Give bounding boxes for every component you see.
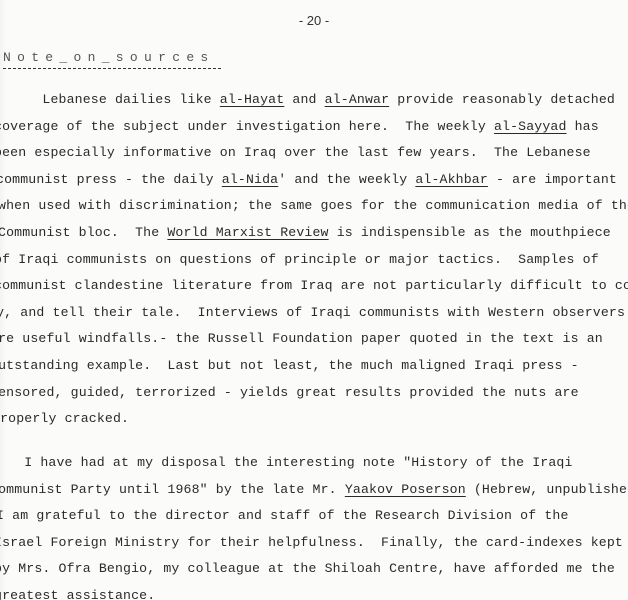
text-run: and — [284, 92, 324, 107]
underlined-title: al-Anwar — [325, 92, 390, 107]
underlined-title: World Marxist Review — [167, 225, 328, 240]
text-run: Israel Foreign Ministry for their helpfu… — [0, 535, 623, 550]
text-run: are useful windfalls.- the Russell Found… — [0, 331, 603, 346]
text-line: I am grateful to the director and staff … — [0, 508, 569, 523]
text-run: greatest assistance. — [0, 588, 155, 600]
text-run: when used with discrimination; the same … — [0, 198, 628, 213]
text-run: outstanding example. Last but not least,… — [0, 358, 579, 373]
text-run: I am grateful to the director and staff … — [0, 508, 569, 523]
text-run: communist clandestine literature from Ir… — [0, 278, 628, 293]
text-run: Communist bloc. The — [0, 225, 167, 240]
text-run: provide reasonably detached — [389, 92, 615, 107]
text-line: coverage of the subject under investigat… — [0, 119, 599, 134]
text-run: ' and the weekly — [278, 172, 415, 187]
text-line: been especially informative on Iraq over… — [0, 145, 591, 160]
text-run: coverage of the subject under investigat… — [0, 119, 494, 134]
page-number: - 20 - — [0, 13, 628, 28]
text-run: is indispensible as the mouthpiece — [329, 225, 611, 240]
text-run: of Iraqi communists on questions of prin… — [0, 252, 599, 267]
text-line: Lebanese dailies like al-Hayat and al-An… — [0, 92, 615, 107]
text-line: by Mrs. Ofra Bengio, my colleague at the… — [0, 561, 615, 576]
underlined-title: Yaakov Poserson — [345, 482, 466, 497]
text-line: Communist bloc. The World Marxist Review… — [0, 225, 611, 240]
text-run: Lebanese dailies like — [0, 92, 220, 107]
text-run: by Mrs. Ofra Bengio, my colleague at the… — [0, 561, 615, 576]
text-line: are useful windfalls.- the Russell Found… — [0, 331, 603, 346]
section-heading: Note_on_sources — [3, 50, 215, 65]
text-run: censored, guided, terrorized - yields gr… — [0, 385, 579, 400]
heading-underline — [3, 68, 221, 69]
underlined-title: al-Hayat — [220, 92, 285, 107]
text-line: by, and tell their tale. Interviews of I… — [0, 305, 625, 320]
underlined-title: al-Sayyad — [494, 119, 567, 134]
text-line: I have had at my disposal the interestin… — [0, 455, 573, 470]
text-run: Communist Party until 1968" by the late … — [0, 482, 345, 497]
text-run: I have had at my disposal the interestin… — [0, 455, 573, 470]
text-line: greatest assistance. — [0, 588, 155, 600]
text-run: - are important — [488, 172, 617, 187]
text-line: communist press - the daily al-Nida' and… — [0, 172, 617, 187]
underlined-title: al-Akhbar — [415, 172, 488, 187]
text-line: when used with discrimination; the same … — [0, 198, 628, 213]
text-run: by, and tell their tale. Interviews of I… — [0, 305, 625, 320]
text-run: communist press - the daily — [0, 172, 222, 187]
text-run: has — [567, 119, 599, 134]
underlined-title: al-Nida — [222, 172, 278, 187]
text-line: outstanding example. Last but not least,… — [0, 358, 579, 373]
text-run: properly cracked. — [0, 411, 129, 426]
text-line: Communist Party until 1968" by the late … — [0, 482, 628, 497]
text-run: (Hebrew, unpublished). — [466, 482, 628, 497]
text-line: properly cracked. — [0, 411, 129, 426]
text-line: Israel Foreign Ministry for their helpfu… — [0, 535, 623, 550]
text-line: of Iraqi communists on questions of prin… — [0, 252, 599, 267]
text-line: communist clandestine literature from Ir… — [0, 278, 628, 293]
text-line: censored, guided, terrorized - yields gr… — [0, 385, 579, 400]
text-run: been especially informative on Iraq over… — [0, 145, 591, 160]
